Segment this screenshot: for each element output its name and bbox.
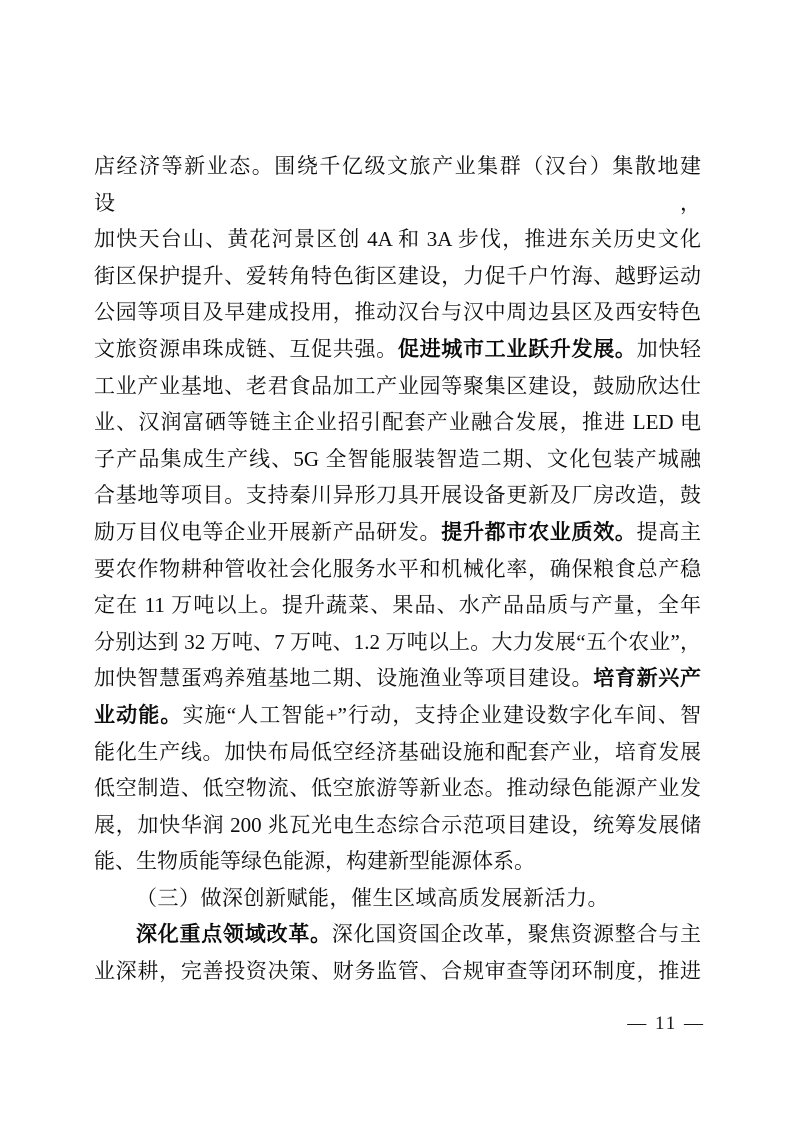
text-run: 能化生产线。加快布局低空经济基础设施和配套产业，培育发展 xyxy=(94,740,701,764)
text-run: 文旅资源串珠成链、互促共强。 xyxy=(94,337,398,361)
text-run: 公园等项目及早建成投用，推动汉台与汉中周边县区及西安特色 xyxy=(94,300,701,324)
bold-text-run: 培育新兴产 xyxy=(593,666,701,690)
text-line: 业、汉润富硒等链主企业招引配套产业融合发展，推进 LED 电 xyxy=(94,404,701,441)
text-line: 业深耕，完善投资决策、财务监管、合规审查等闭环制度，推进 xyxy=(94,953,701,990)
text-line: 能化生产线。加快布局低空经济基础设施和配套产业，培育发展 xyxy=(94,734,701,771)
text-run: 实施“人工智能+”行动，支持企业建设数字化车间、智 xyxy=(183,703,701,727)
text-run: 合基地等项目。支持秦川异形刀具开展设备更新及厂房改造，鼓 xyxy=(94,483,701,507)
document-body: 店经济等新业态。围绕千亿级文旅产业集群（汉台）集散地建设，加快天台山、黄花河景区… xyxy=(94,148,701,990)
text-line: 展，加快华润 200 兆瓦光电生态综合示范项目建设，统筹发展储 xyxy=(94,807,701,844)
text-line: 公园等项目及早建成投用，推动汉台与汉中周边县区及西安特色 xyxy=(94,294,701,331)
page-number: — 11 — xyxy=(627,1013,705,1035)
text-line: 分别达到 32 万吨、7 万吨、1.2 万吨以上。大力发展“五个农业”， xyxy=(94,624,701,661)
text-line: 励万目仪电等企业开展新产品研发。提升都市农业质效。提高主 xyxy=(94,514,701,551)
text-run: 展，加快华润 200 兆瓦光电生态综合示范项目建设，统筹发展储 xyxy=(94,813,701,837)
text-run: 低空制造、低空物流、低空旅游等新业态。推动绿色能源产业发 xyxy=(94,776,701,800)
text-run: 业深耕，完善投资决策、财务监管、合规审查等闭环制度，推进 xyxy=(94,959,701,983)
text-line: 文旅资源串珠成链、互促共强。促进城市工业跃升发展。加快轻 xyxy=(94,331,701,368)
text-line: 加快天台山、黄花河景区创 4A 和 3A 步伐，推进东关历史文化 xyxy=(94,221,701,258)
text-run: 定在 11 万吨以上。提升蔬菜、果品、水产品品质与产量，全年 xyxy=(94,593,701,617)
text-line: 要农作物耕种管收社会化服务水平和机械化率，确保粮食总产稳 xyxy=(94,551,701,588)
text-line: 低空制造、低空物流、低空旅游等新业态。推动绿色能源产业发 xyxy=(94,770,701,807)
bold-text-run: 提升都市农业质效。 xyxy=(441,520,636,544)
text-run: 分别达到 32 万吨、7 万吨、1.2 万吨以上。大力发展“五个农业”， xyxy=(94,630,701,654)
text-run: 业、汉润富硒等链主企业招引配套产业融合发展，推进 LED 电 xyxy=(94,410,701,434)
text-run: 能、生物质能等绿色能源，构建新型能源体系。 xyxy=(94,849,535,873)
text-line: 街区保护提升、爱转角特色街区建设，力促千户竹海、越野运动 xyxy=(94,258,701,295)
text-line: 加快智慧蛋鸡养殖基地二期、设施渔业等项目建设。培育新兴产 xyxy=(94,660,701,697)
text-run: 加快天台山、黄花河景区创 4A 和 3A 步伐，推进东关历史文化 xyxy=(94,227,701,251)
text-run: 要农作物耕种管收社会化服务水平和机械化率，确保粮食总产稳 xyxy=(94,557,701,581)
text-run: 店经济等新业态。围绕千亿级文旅产业集群（汉台）集散地建设， xyxy=(94,154,701,215)
text-run: 提高主 xyxy=(637,520,701,544)
bold-text-run: 促进城市工业跃升发展。 xyxy=(398,337,637,361)
text-run: 加快智慧蛋鸡养殖基地二期、设施渔业等项目建设。 xyxy=(94,666,593,690)
text-run: 工业产业基地、老君食品加工产业园等聚集区建设，鼓励欣达仕 xyxy=(94,374,701,398)
text-run: 励万目仪电等企业开展新产品研发。 xyxy=(94,520,441,544)
text-line: 工业产业基地、老君食品加工产业园等聚集区建设，鼓励欣达仕 xyxy=(94,368,701,405)
bold-text-run: 深化重点领域改革。 xyxy=(136,922,332,946)
text-run: 子产品集成生产线、5G 全智能服装智造二期、文化包装产城融 xyxy=(94,447,701,471)
text-run: 加快轻 xyxy=(637,337,701,361)
bold-text-run: 业动能。 xyxy=(94,703,183,727)
text-run: 街区保护提升、爱转角特色街区建设，力促千户竹海、越野运动 xyxy=(94,264,701,288)
text-line: 定在 11 万吨以上。提升蔬菜、果品、水产品品质与产量，全年 xyxy=(94,587,701,624)
document-page: 店经济等新业态。围绕千亿级文旅产业集群（汉台）集散地建设，加快天台山、黄花河景区… xyxy=(0,0,793,1122)
text-line: 合基地等项目。支持秦川异形刀具开展设备更新及厂房改造，鼓 xyxy=(94,477,701,514)
text-line: 深化重点领域改革。深化国资国企改革，聚焦资源整合与主 xyxy=(94,916,701,953)
text-line: 子产品集成生产线、5G 全智能服装智造二期、文化包装产城融 xyxy=(94,441,701,478)
text-line: 能、生物质能等绿色能源，构建新型能源体系。 xyxy=(94,843,701,880)
text-run: 深化国资国企改革，聚焦资源整合与主 xyxy=(332,922,701,946)
text-line: 店经济等新业态。围绕千亿级文旅产业集群（汉台）集散地建设， xyxy=(94,148,701,221)
text-run: （三）做深创新赋能，催生区域高质发展新活力。 xyxy=(136,886,609,910)
text-line: 业动能。实施“人工智能+”行动，支持企业建设数字化车间、智 xyxy=(94,697,701,734)
section-heading: （三）做深创新赋能，催生区域高质发展新活力。 xyxy=(94,880,701,917)
